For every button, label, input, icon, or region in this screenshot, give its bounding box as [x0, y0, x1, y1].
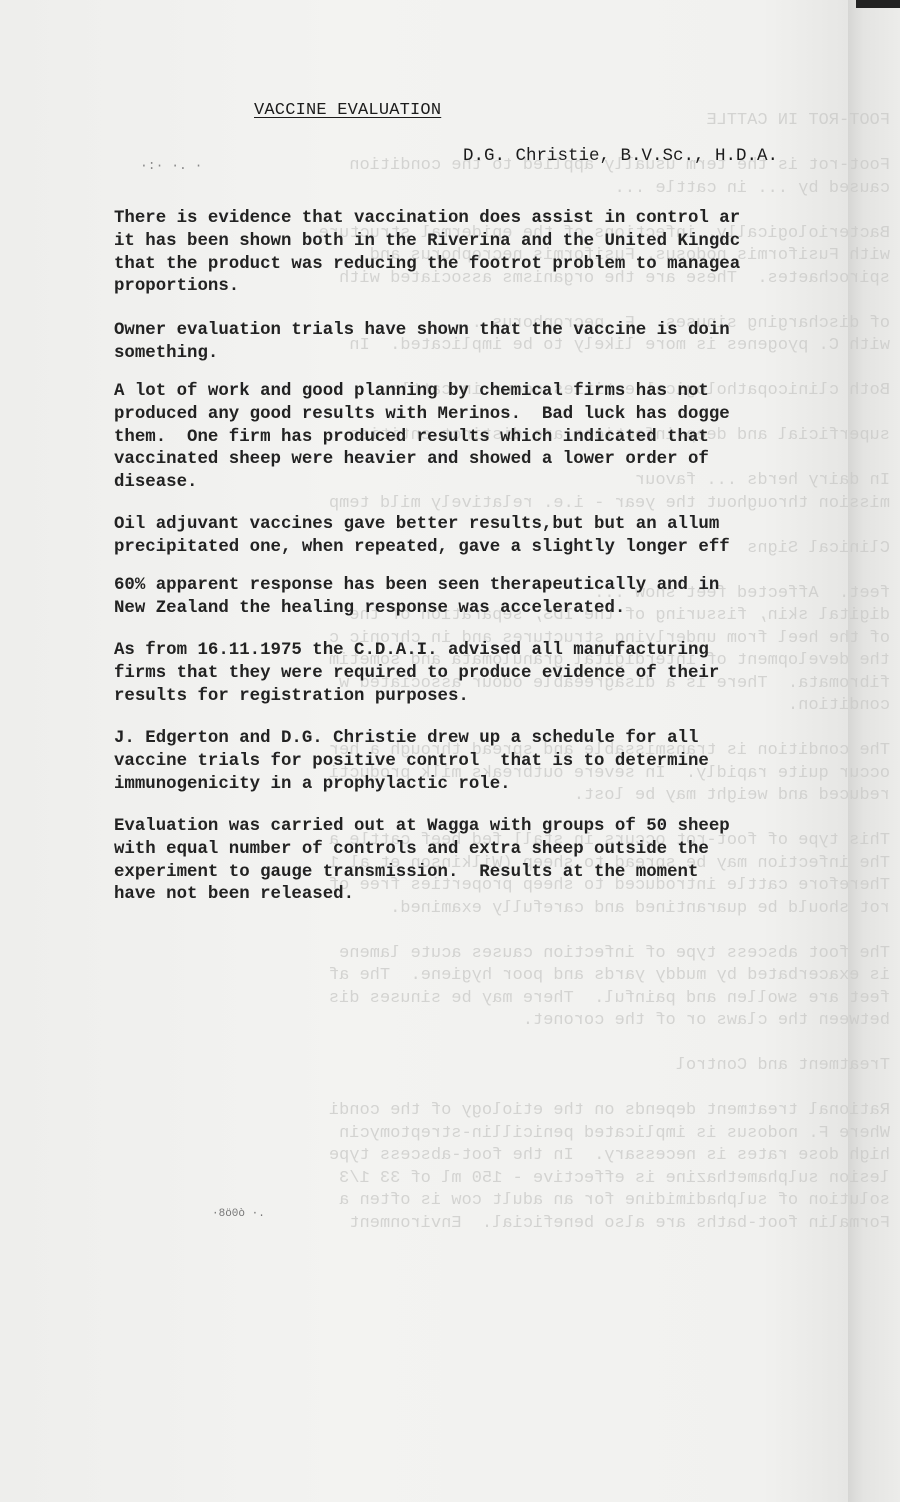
- paragraph-oil-adjuvant: Oil adjuvant vaccines gave better result…: [114, 514, 874, 560]
- paragraph-wagga-evaluation: Evaluation was carried out at Wagga with…: [114, 816, 874, 907]
- scan-specks-lower: ·8ö0ò ·.: [212, 1208, 265, 1220]
- paragraph-owner-trials: Owner evaluation trials have shown that …: [114, 320, 874, 366]
- paragraph-cdai: As from 16.11.1975 the C.D.A.I. advised …: [114, 640, 874, 708]
- paragraph-schedule: J. Edgerton and D.G. Christie drew up a …: [114, 728, 874, 796]
- paragraph-evidence: There is evidence that vaccination does …: [114, 208, 874, 299]
- author-line: D.G. Christie, B.V.Sc., H.D.A.: [463, 146, 778, 166]
- scan-edge-shadow: [856, 0, 900, 8]
- scan-specks: ·:· ·. ·: [140, 158, 202, 173]
- document-title: VACCINE EVALUATION: [254, 101, 441, 120]
- paragraph-response: 60% apparent response has been seen ther…: [114, 575, 874, 621]
- paragraph-chemical-firms: A lot of work and good planning by chemi…: [114, 381, 874, 495]
